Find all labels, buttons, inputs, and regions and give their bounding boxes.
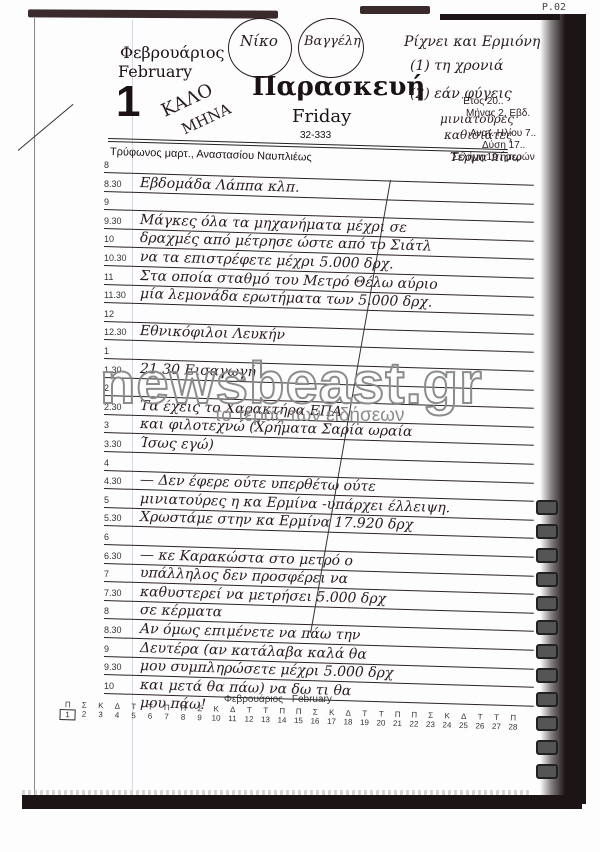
calendar-day: Κ3 — [92, 701, 109, 719]
weekday-letter: Τ — [373, 709, 389, 718]
day-number: 18 — [340, 717, 356, 726]
weekday-letter: Π — [159, 703, 175, 712]
calendar-day: Τ26 — [472, 712, 489, 730]
calendar-day: Σ23 — [422, 711, 439, 729]
calendar-day: Π14 — [274, 706, 291, 724]
calendar-day: Δ11 — [224, 705, 241, 723]
hour-label: 8 — [104, 160, 109, 170]
calendar-day: Π28 — [505, 713, 522, 731]
ruled-line — [104, 191, 534, 205]
day-number: 20 — [373, 718, 389, 727]
hour-label: 6.30 — [104, 551, 122, 561]
handwritten-note: Ίσως εγώ) — [140, 435, 214, 453]
month-greek: Φεβρουάριος — [120, 43, 225, 62]
weekday-letter: Σ — [423, 711, 439, 720]
hour-label: 3 — [104, 420, 109, 430]
hour-label: 4.30 — [104, 476, 122, 486]
hour-label: 9 — [104, 644, 109, 654]
day-number: 16 — [307, 716, 323, 725]
hour-label: 12.30 — [104, 327, 127, 337]
hour-label: 12 — [104, 309, 114, 319]
calendar-day: Σ9 — [191, 704, 208, 722]
calendar-day: Δ4 — [109, 701, 126, 719]
spiral-ring — [536, 500, 558, 515]
day-number: 21 — [389, 719, 405, 728]
weekday-letter: Π — [291, 707, 307, 716]
page-number: P.02 — [542, 2, 566, 13]
calendar-day: Τ12 — [241, 705, 258, 723]
weekday-letter: Π — [505, 713, 521, 722]
weekday-letter: Τ — [258, 706, 274, 715]
day-number: 15 — [290, 716, 306, 725]
spiral-ring — [536, 716, 558, 731]
circled-name-left: Νίκο — [240, 32, 278, 50]
day-number: 9 — [191, 713, 207, 722]
spiral-ring — [536, 740, 558, 755]
weekday-letter: Δ — [109, 701, 125, 710]
right-note-line-6: Τέρμα πίσω — [450, 150, 522, 164]
weekday-letter: Π — [390, 710, 406, 719]
right-note-line-1: Ρίχνει και Ερμιόνη — [404, 34, 540, 50]
calendar-day: Τ6 — [142, 702, 159, 720]
spiral-ring — [536, 524, 558, 539]
calendar-day: Κ24 — [439, 711, 456, 729]
day-number: 23 — [422, 720, 438, 729]
hour-label: 9 — [104, 197, 109, 207]
day-number: 11 — [224, 714, 240, 723]
calendar-day: Π15 — [290, 707, 307, 725]
day-number: 4 — [109, 710, 125, 719]
hour-label: 11 — [104, 272, 113, 282]
day-number: 7 — [158, 712, 174, 721]
watermark-tagline: το τέρας των ειδήσεων — [214, 405, 405, 427]
hour-label: 9.30 — [104, 216, 122, 226]
day-of-year: 32-333 — [300, 130, 331, 141]
pencil-mark — [18, 104, 74, 151]
day-number: 10 — [208, 713, 224, 722]
handwritten-note: σε κέρματα — [140, 602, 223, 620]
calendar-day: Π8 — [175, 703, 192, 721]
hour-label: 3.30 — [104, 439, 122, 449]
hour-label: 5.30 — [104, 513, 122, 523]
day-number: 1 — [59, 709, 75, 720]
hour-label: 9.30 — [104, 662, 122, 672]
calendar-day: Π21 — [389, 710, 406, 728]
ruled-line — [104, 451, 534, 465]
spiral-ring — [536, 764, 558, 779]
weekday-letter: Π — [175, 703, 191, 712]
calendar-day: Τ27 — [488, 713, 505, 731]
spiral-ring — [536, 644, 558, 659]
right-note-line-5: καθισιάτες — [444, 128, 513, 142]
calendar-day: Σ2 — [76, 700, 93, 718]
redacted-fax-number — [360, 6, 430, 14]
hour-label: 11.30 — [104, 290, 126, 300]
spiral-ring — [536, 596, 558, 611]
weekday-letter: Τ — [126, 702, 142, 711]
day-number: 2 — [76, 709, 92, 718]
day-number: 8 — [175, 712, 191, 721]
hour-label: 6 — [104, 532, 109, 542]
day-number: 19 — [356, 718, 372, 727]
hour-label: 7.30 — [104, 588, 122, 598]
calendar-day: Σ16 — [307, 707, 324, 725]
day-number: 22 — [406, 719, 422, 728]
spiral-ring — [536, 668, 558, 683]
day-number: 14 — [274, 715, 290, 724]
hour-label: 10 — [104, 234, 114, 244]
weekday-letter: Π — [274, 706, 290, 715]
calendar-day: Π1 — [59, 700, 76, 720]
redacted-fax-header — [28, 9, 278, 18]
day-number: 24 — [439, 720, 455, 729]
calendar-day: Δ18 — [340, 708, 357, 726]
hour-label: 4 — [104, 458, 109, 468]
circled-name-right: Βαγγέλη — [304, 34, 361, 49]
spiral-ring — [536, 692, 558, 707]
hour-label: 8.30 — [104, 625, 122, 635]
spiral-ring — [536, 620, 558, 635]
weekday-letter: Δ — [225, 705, 241, 714]
hour-label: 8.30 — [104, 179, 122, 189]
hour-label: 7 — [104, 569, 109, 579]
weekday-letter: Τ — [241, 705, 257, 714]
weekday-letter: Κ — [324, 708, 340, 717]
day-number: 6 — [142, 711, 158, 720]
day-number: 26 — [472, 721, 488, 730]
calendar-day: Π22 — [406, 710, 423, 728]
weekday-letter: Τ — [142, 702, 158, 711]
right-note-line-3: (2) εάν φύγεις — [410, 86, 512, 102]
day-number: 5 — [125, 711, 141, 720]
right-note-line-4: μινιατούρες — [440, 112, 514, 126]
weekday-letter: Π — [60, 700, 76, 709]
day-number: 3 — [92, 710, 108, 719]
weekday-letter: Σ — [192, 704, 208, 713]
weekday-english: Friday — [292, 106, 351, 127]
mini-calendar-title: Φεβρουάριος - February — [224, 694, 332, 705]
weekday-letter: Κ — [439, 711, 455, 720]
weekday-letter: Π — [406, 710, 422, 719]
day-number: 12 — [241, 714, 257, 723]
day-number: 28 — [505, 722, 521, 731]
name-day: Τρύφωνος μαρτ., Αναστασίου Ναυπλιέως — [110, 146, 312, 164]
day-number: 1 — [116, 80, 140, 124]
hour-label: 10 — [104, 681, 114, 691]
calendar-day: Τ5 — [125, 702, 142, 720]
weekday-letter: Σ — [307, 707, 323, 716]
weekday-letter: Τ — [472, 712, 488, 721]
scan-shadow-right — [540, 14, 586, 804]
weekday-letter: Κ — [208, 704, 224, 713]
spiral-ring — [536, 572, 558, 587]
weekday-letter: Δ — [340, 708, 356, 717]
weekday-letter: Σ — [76, 700, 92, 709]
scan-shadow-bottom — [22, 795, 582, 809]
weekday-letter: Κ — [93, 701, 109, 710]
calendar-day: Τ13 — [257, 706, 274, 724]
right-note-line-2: (1) τη χρονιά — [410, 58, 503, 74]
weekday-letter: Δ — [456, 712, 472, 721]
hour-label: 5 — [104, 495, 109, 505]
day-number: 13 — [257, 715, 273, 724]
calendar-day: Τ20 — [373, 709, 390, 727]
calendar-day: Τ19 — [356, 709, 373, 727]
hour-label: 8 — [104, 606, 109, 616]
hour-label: 10.30 — [104, 253, 127, 263]
calendar-day: Κ17 — [323, 708, 340, 726]
spiral-ring — [536, 548, 558, 563]
day-number: 27 — [488, 722, 504, 731]
day-number: 17 — [323, 717, 339, 726]
weekday-letter: Τ — [357, 709, 373, 718]
calendar-day: Δ25 — [455, 712, 472, 730]
calendar-day: Κ10 — [208, 704, 225, 722]
calendar-day: Π7 — [158, 703, 175, 721]
weekday-letter: Τ — [489, 713, 505, 722]
day-number: 25 — [455, 721, 471, 730]
